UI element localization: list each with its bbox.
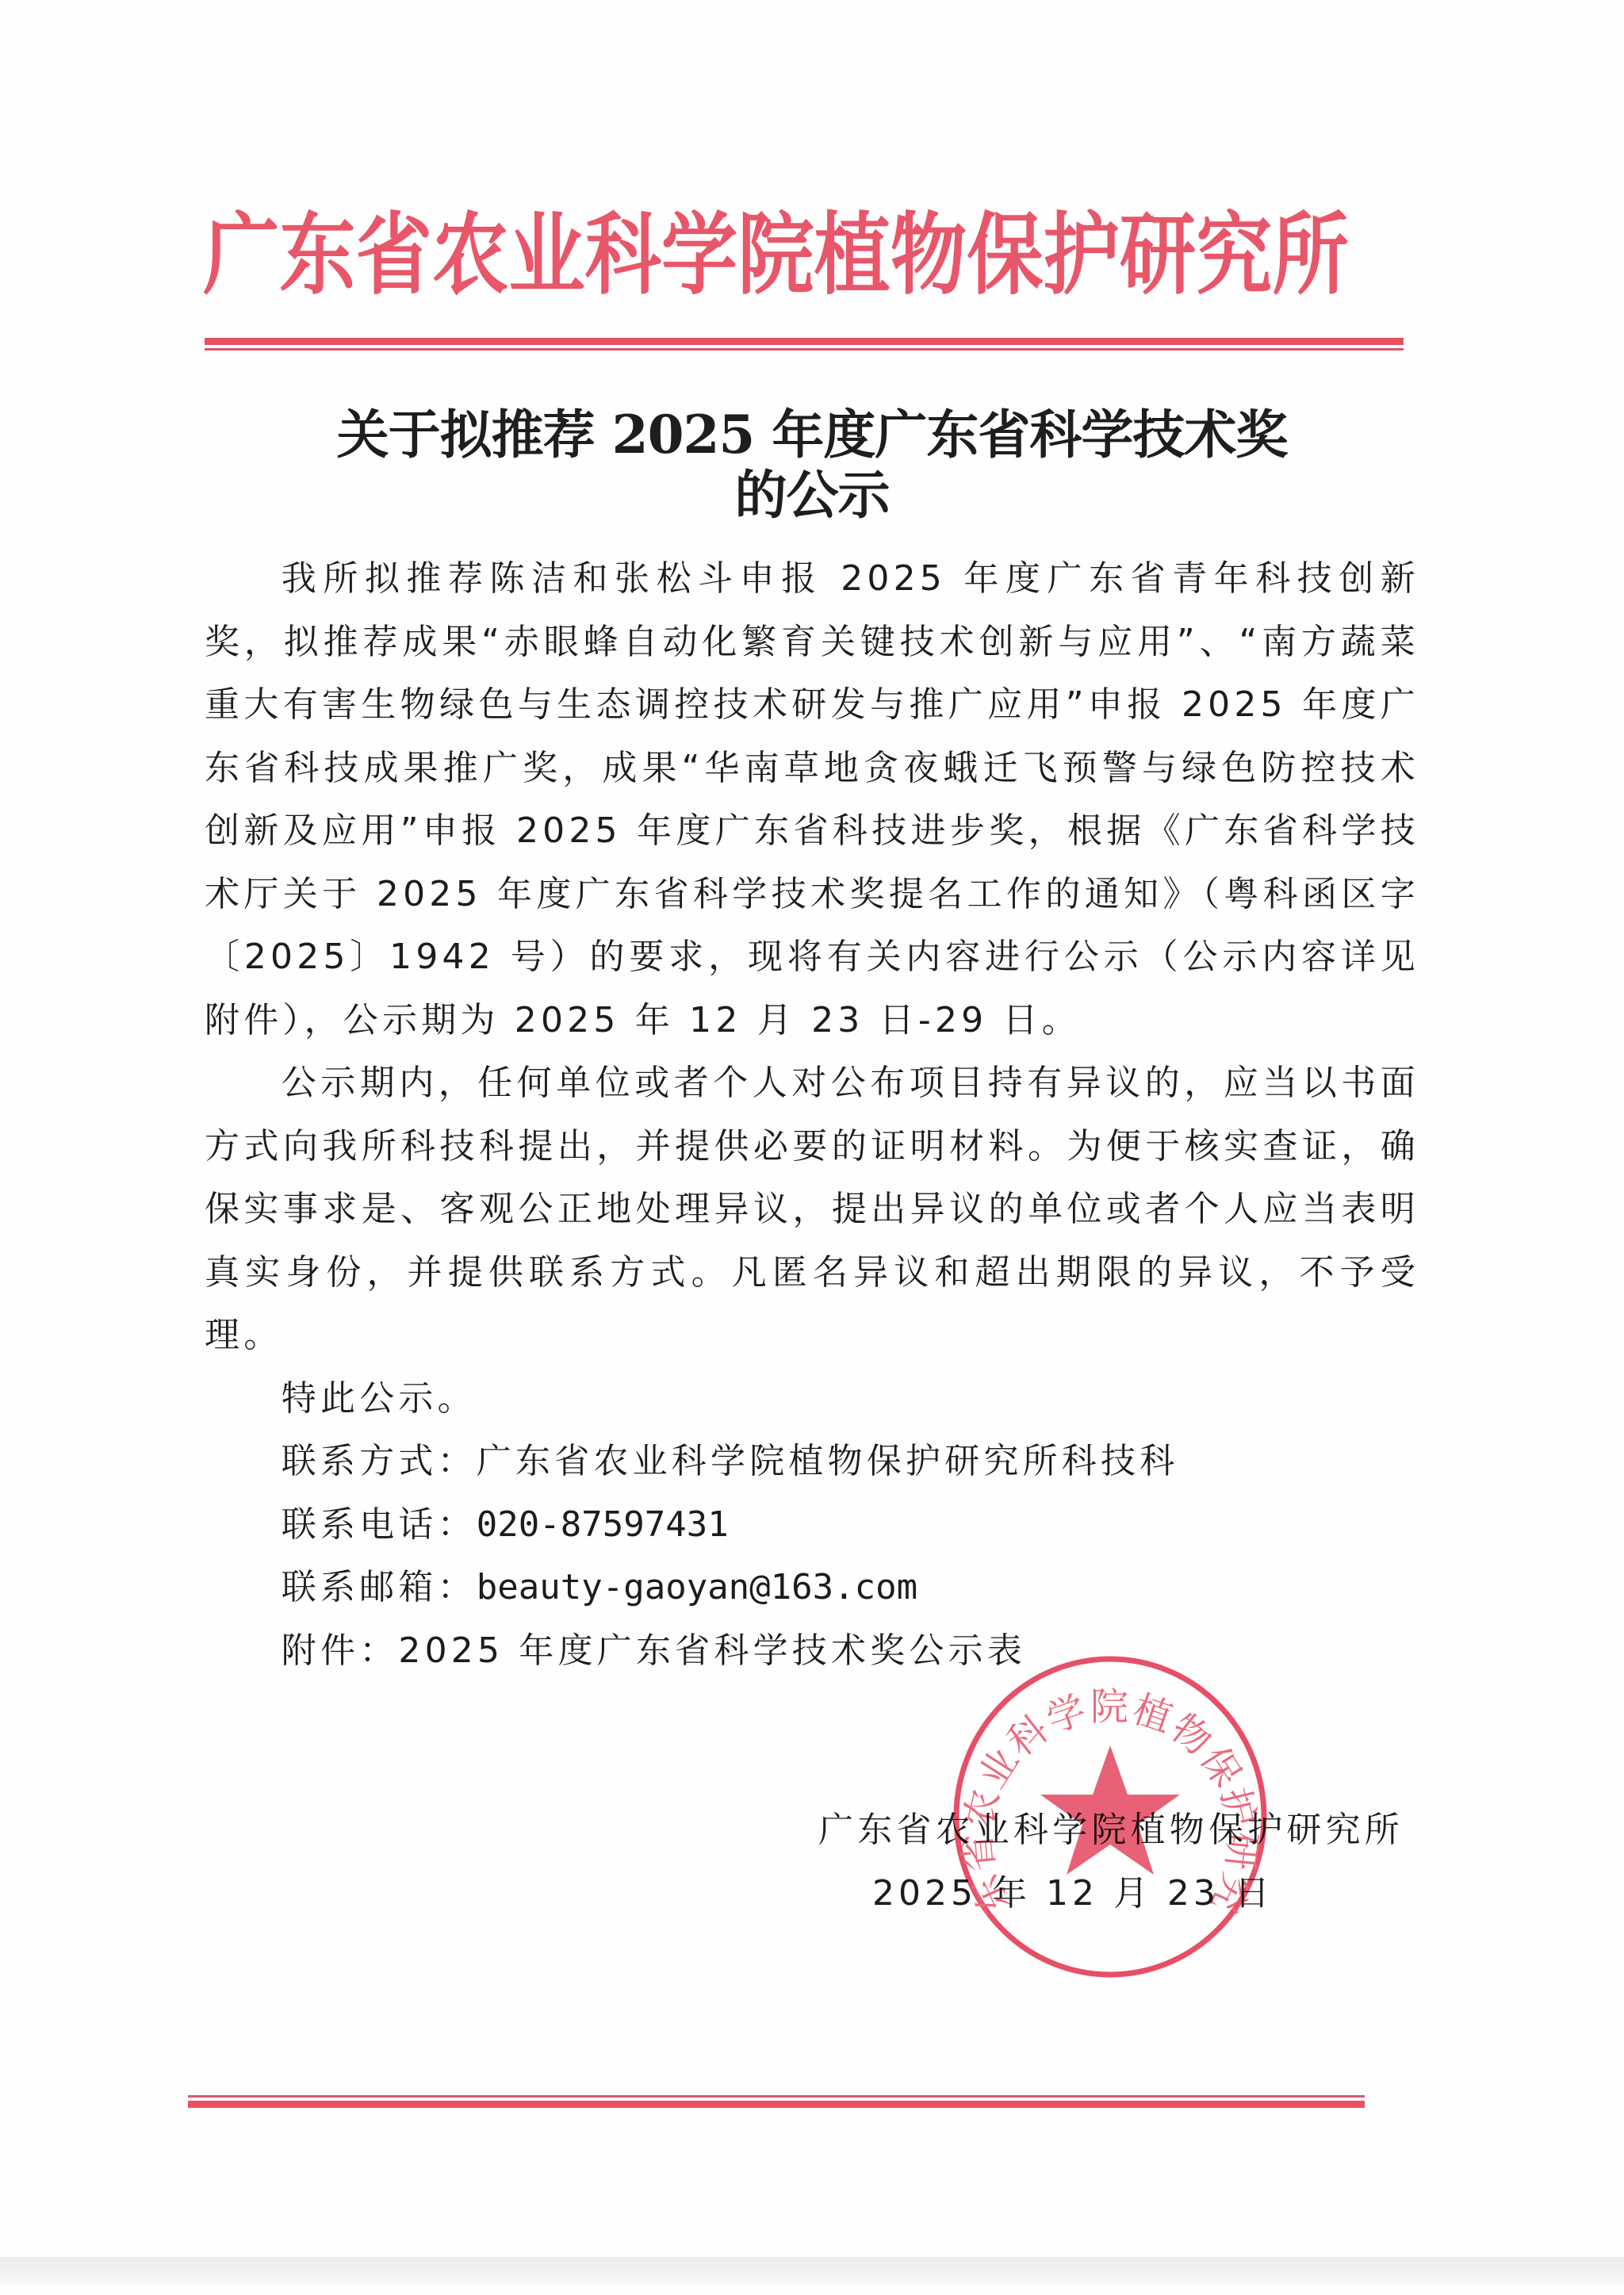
contact-phone-value: 020-87597431 (477, 1504, 729, 1545)
letterhead-char: 科 (585, 208, 661, 303)
contact-email-label: 联系邮箱： (282, 1567, 477, 1607)
letterhead-char: 究 (1196, 208, 1272, 303)
paragraph-closing: 特此公示。 (205, 1367, 1419, 1431)
contact-method-value: 广东省农业科学院植物保护研究所科技科 (477, 1441, 1179, 1481)
contact-phone: 联系电话：020-87597431 (205, 1493, 1419, 1557)
contact-method-label: 联系方式： (282, 1441, 477, 1481)
contact-email: 联系邮箱：beauty-gaoyan@163.com (205, 1556, 1419, 1619)
contact-email-value[interactable]: beauty-gaoyan@163.com (477, 1567, 917, 1607)
letterhead-char: 省 (356, 208, 432, 303)
document-title: 关于拟推荐 2025 年度广东省科学技术奖 的公示 (203, 404, 1421, 525)
letterhead-char: 植 (814, 208, 891, 303)
letterhead-char: 研 (1120, 208, 1196, 303)
letterhead-org-name: 广 东 省 农 业 科 学 院 植 物 保 护 研 究 所 (203, 208, 1239, 303)
attachment-value: 2025 年度广东省科学技术奖公示表 (398, 1630, 1026, 1671)
letterhead-char: 护 (1044, 208, 1120, 303)
footer-divider-thick (188, 2101, 1365, 2108)
document-body: 我所拟推荐陈洁和张松斗申报 2025 年度广东省青年科技创新奖，拟推荐成果“赤眼… (205, 547, 1419, 1682)
document-title-line-1: 关于拟推荐 2025 年度广东省科学技术奖 (203, 404, 1421, 465)
letterhead-char: 保 (967, 208, 1043, 303)
letterhead-char: 物 (891, 208, 967, 303)
contact-phone-label: 联系电话： (282, 1504, 477, 1545)
contact-method: 联系方式：广东省农业科学院植物保护研究所科技科 (205, 1430, 1419, 1493)
letterhead-divider-thin (205, 348, 1404, 351)
letterhead-divider-thick (205, 338, 1404, 345)
letterhead-char: 农 (432, 208, 508, 303)
scan-edge-band (0, 2257, 1624, 2284)
document-page: 广 东 省 农 业 科 学 院 植 物 保 护 研 究 所 关于拟推荐 2025… (0, 0, 1624, 2295)
letterhead-char: 院 (737, 208, 814, 303)
letterhead-char: 所 (1272, 208, 1348, 303)
letterhead-char: 业 (508, 208, 584, 303)
signature-date: 2025 年 12 月 23 日 (872, 1870, 1245, 1918)
paragraph-objection-policy: 公示期内，任何单位或者个人对公布项目持有异议的，应当以书面方式向我所科技科提出，… (205, 1052, 1419, 1367)
attachment: 附件：2025 年度广东省科学技术奖公示表 (205, 1619, 1419, 1683)
document-title-line-2: 的公示 (203, 465, 1421, 525)
attachment-label: 附件： (282, 1630, 399, 1671)
letterhead-char: 学 (661, 208, 737, 303)
letterhead-char: 广 (203, 208, 279, 303)
signature-org: 广东省农业科学院植物保护研究所 (753, 1806, 1404, 1854)
letterhead-char: 东 (279, 208, 355, 303)
footer-divider-thin (188, 2095, 1365, 2098)
paragraph-nomination: 我所拟推荐陈洁和张松斗申报 2025 年度广东省青年科技创新奖，拟推荐成果“赤眼… (205, 547, 1419, 1052)
